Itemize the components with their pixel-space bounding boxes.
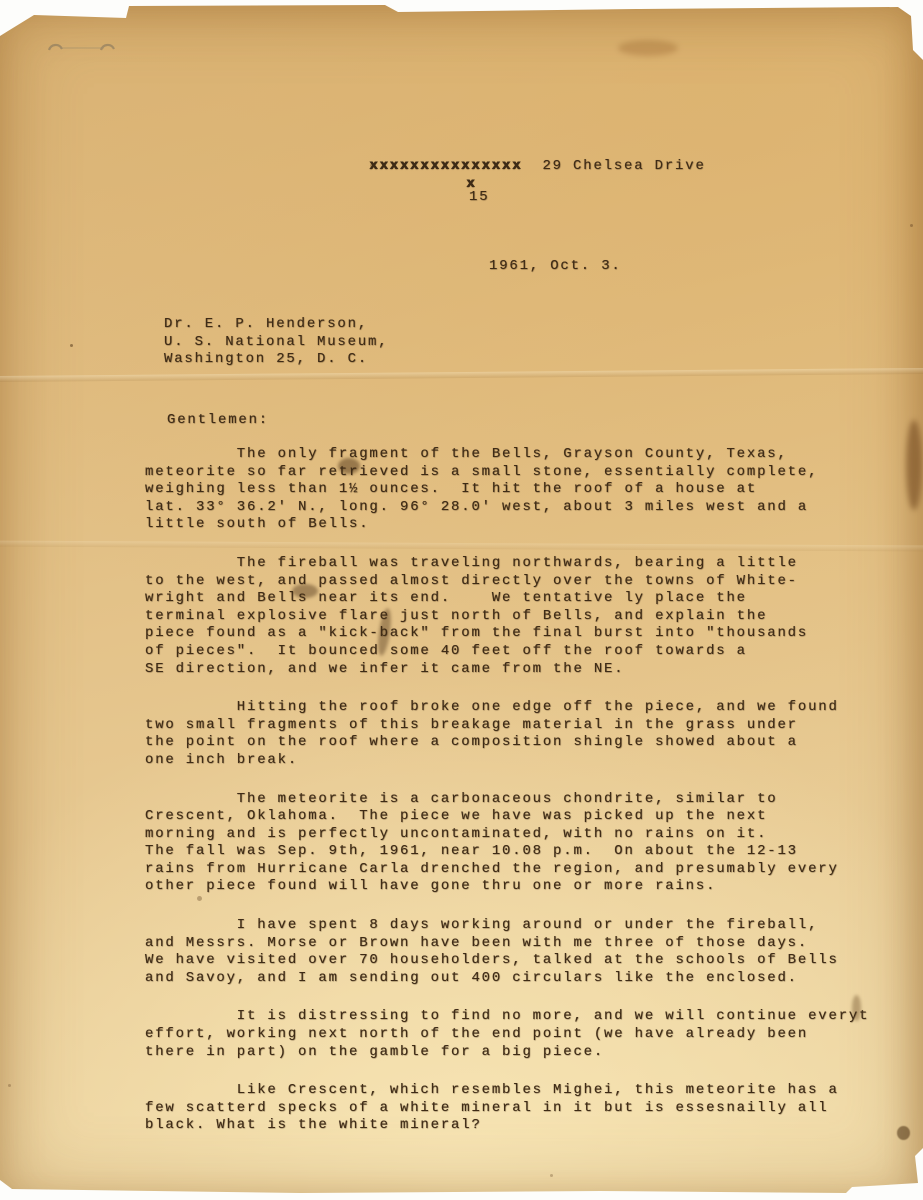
letter-line: and Savoy, and I am sending out 400 circ… bbox=[145, 970, 905, 988]
paragraph: It is distressing to find no more, and w… bbox=[145, 1008, 905, 1061]
letter-line: effort, working next north of the end po… bbox=[145, 1026, 905, 1044]
letter-line: wright and Bells near its end. We tentat… bbox=[145, 590, 905, 608]
salutation: Gentlemen: bbox=[167, 412, 269, 430]
letter-line: Hitting the roof broke one edge off the … bbox=[145, 699, 905, 717]
letter-line: Like Crescent, which resembles Mighei, t… bbox=[145, 1082, 905, 1100]
letter-line: The fireball was traveling northwards, b… bbox=[145, 555, 905, 573]
aged-paper-sheet: xxxxxxxxxxxxxxx 29 Chelsea Drive x 15 19… bbox=[0, 0, 923, 1200]
paragraph: Hitting the roof broke one edge off the … bbox=[145, 699, 905, 769]
spacer bbox=[522, 158, 542, 174]
paragraph: The only fragment of the Bells, Grayson … bbox=[145, 446, 905, 534]
paragraph: I have spent 8 days working around or un… bbox=[145, 917, 905, 987]
paragraph: The fireball was traveling northwards, b… bbox=[145, 555, 905, 678]
letter-line: other piece found will have gone thru on… bbox=[145, 878, 905, 896]
letter-line: one inch break. bbox=[145, 752, 905, 770]
letter-line: weighing less than 1½ ounces. It hit the… bbox=[145, 481, 905, 499]
paper-specks bbox=[70, 344, 73, 347]
letter-line: to the west, and passed almost directly … bbox=[145, 573, 905, 591]
fold-crease bbox=[0, 368, 923, 382]
sender-address: 29 Chelsea Drive bbox=[542, 158, 705, 174]
letter-line: Crescent, Oklahoma. The piece we have wa… bbox=[145, 808, 905, 826]
recipient-line: U. S. National Museum, bbox=[164, 334, 388, 352]
letter-date: 1961, Oct. 3. bbox=[489, 258, 622, 276]
letter-line: two small fragments of this breakage mat… bbox=[145, 717, 905, 735]
letter-line: rains from Hurricane Carla drenched the … bbox=[145, 861, 905, 879]
paper-discoloration bbox=[618, 40, 678, 56]
scanned-letter-page: xxxxxxxxxxxxxxx 29 Chelsea Drive x 15 19… bbox=[0, 0, 923, 1200]
letter-line: lat. 33° 36.2' N., long. 96° 28.0' west,… bbox=[145, 499, 905, 517]
letter-line: there in part) on the gamble for a big p… bbox=[145, 1044, 905, 1062]
letter-line: I have spent 8 days working around or un… bbox=[145, 917, 905, 935]
letter-line: few scatterd specks of a white mineral i… bbox=[145, 1100, 905, 1118]
letter-line: piece found as a "kick-back" from the fi… bbox=[145, 625, 905, 643]
letter-line: little south of Bells. bbox=[145, 516, 905, 534]
house-number: 15 bbox=[469, 189, 489, 207]
paragraph: The meteorite is a carbonaceous chondrit… bbox=[145, 791, 905, 897]
sender-address-line: xxxxxxxxxxxxxxx 29 Chelsea Drive bbox=[369, 158, 706, 176]
letter-line: the point on the roof where a compositio… bbox=[145, 734, 905, 752]
letter-line: It is distressing to find no more, and w… bbox=[145, 1008, 905, 1026]
letter-line: of pieces". It bounced some 40 feet off … bbox=[145, 643, 905, 661]
recipient-line: Washington 25, D. C. bbox=[164, 351, 388, 369]
staple-mark-icon bbox=[44, 38, 122, 58]
letter-line: morning and is perfectly uncontaminated,… bbox=[145, 826, 905, 844]
letter-line: and Messrs. Morse or Brown have been wit… bbox=[145, 935, 905, 953]
recipient-line: Dr. E. P. Henderson, bbox=[164, 316, 388, 334]
letter-line: The meteorite is a carbonaceous chondrit… bbox=[145, 791, 905, 809]
letter-line: The fall was Sep. 9th, 1961, near 10.08 … bbox=[145, 843, 905, 861]
recipient-block: Dr. E. P. Henderson,U. S. National Museu… bbox=[164, 316, 388, 369]
typed-strikeout: xxxxxxxxxxxxxxx bbox=[369, 158, 522, 174]
letter-line: meteorite so far retrieved is a small st… bbox=[145, 464, 905, 482]
letter-line: black. What is the white mineral? bbox=[145, 1117, 905, 1135]
letter-body: The only fragment of the Bells, Grayson … bbox=[145, 446, 905, 1156]
edge-stain bbox=[906, 420, 922, 510]
letter-line: terminal explosive flare just north of B… bbox=[145, 608, 905, 626]
letter-line: The only fragment of the Bells, Grayson … bbox=[145, 446, 905, 464]
letter-line: We have visited over 70 householders, ta… bbox=[145, 952, 905, 970]
paragraph: Like Crescent, which resembles Mighei, t… bbox=[145, 1082, 905, 1135]
letter-line: SE direction, and we infer it came from … bbox=[145, 661, 905, 679]
